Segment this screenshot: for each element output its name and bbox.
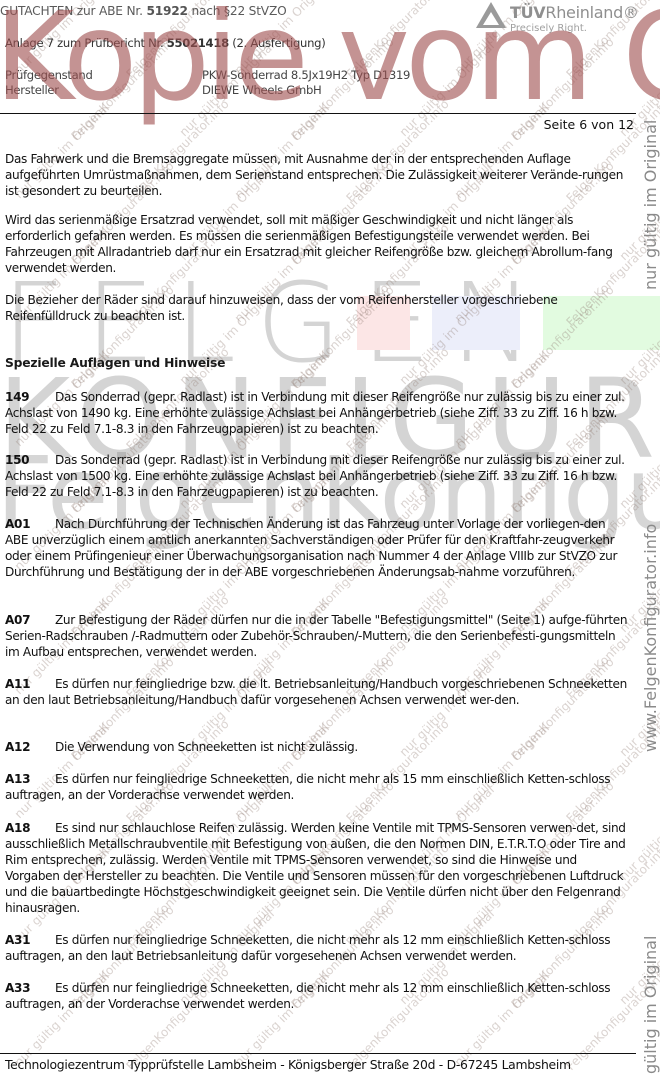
abe-number: 51922 bbox=[146, 4, 187, 18]
condition-text: Es dürfen nur feingliedrige Schneeketten… bbox=[5, 933, 610, 963]
condition-text: Es dürfen nur feingliedrige Schneeketten… bbox=[5, 981, 610, 1011]
condition-item: A11Es dürfen nur feingliedrige bzw. die … bbox=[5, 676, 631, 708]
condition-item: A33Es dürfen nur feingliedrige Schneeket… bbox=[5, 980, 631, 1012]
diagonal-watermark-text: FelgenKonfigurator.info bbox=[68, 35, 176, 143]
condition-code: A33 bbox=[5, 980, 55, 996]
condition-code: A13 bbox=[5, 771, 55, 787]
condition-code: A11 bbox=[5, 676, 55, 692]
vertical-watermark-mid: www.FelgenKonfigurator.info bbox=[641, 524, 660, 752]
footer-address: Technologiezentrum Typprüfstelle Lambshe… bbox=[5, 1057, 571, 1072]
condition-text: Zur Befestigung der Räder dürfen nur die… bbox=[5, 613, 627, 659]
condition-item: A18Es sind nur schlauchlose Reifen zuläs… bbox=[5, 820, 631, 916]
condition-item: A01Nach Durchführung der Technischen Änd… bbox=[5, 516, 631, 580]
anlage-suffix: (2. Ausfertigung) bbox=[229, 36, 326, 50]
condition-item: A13Es dürfen nur feingliedrige Schneeket… bbox=[5, 771, 631, 803]
condition-text: Die Verwendung von Schneeketten ist nich… bbox=[55, 740, 358, 754]
footer-divider bbox=[0, 1053, 636, 1054]
field-value-hersteller: DIEWE Wheels GmbH bbox=[202, 83, 321, 97]
condition-code: 149 bbox=[5, 389, 55, 405]
condition-text: Nach Durchführung der Technischen Änderu… bbox=[5, 517, 617, 579]
anlage-line: Anlage 7 zum Prüfbericht Nr. 55021418 (2… bbox=[5, 36, 325, 50]
page-indicator: Seite 6 von 12 bbox=[544, 117, 634, 132]
condition-item: A31Es dürfen nur feingliedrige Schneeket… bbox=[5, 932, 631, 964]
header-divider bbox=[0, 113, 636, 114]
condition-code: A01 bbox=[5, 516, 55, 532]
condition-text: Es sind nur schlauchlose Reifen zulässig… bbox=[5, 821, 626, 915]
logo-tagline: Precisely Right. bbox=[510, 23, 587, 34]
condition-code: A18 bbox=[5, 820, 55, 836]
condition-item: A12Die Verwendung von Schneeketten ist n… bbox=[5, 739, 631, 755]
gutachten-suffix: nach §22 StVZO bbox=[188, 4, 287, 18]
condition-code: A07 bbox=[5, 612, 55, 628]
paragraph-fahrwerk: Das Fahrwerk und die Bremsaggregate müss… bbox=[5, 151, 631, 199]
diagonal-watermark-text: nur gültig im Original bbox=[396, 39, 496, 139]
field-value-pruefgegenstand: PKW-Sonderrad 8.5Jx19H2 Typ D1319 bbox=[202, 68, 410, 82]
tuv-triangle-inner bbox=[483, 12, 499, 25]
condition-code: 150 bbox=[5, 452, 55, 468]
condition-code: A12 bbox=[5, 739, 55, 755]
condition-item: A07Zur Befestigung der Räder dürfen nur … bbox=[5, 612, 631, 660]
condition-text: Das Sonderrad (gepr. Radlast) ist in Ver… bbox=[5, 390, 625, 436]
gutachten-prefix: GUTACHTEN zur ABE Nr. bbox=[0, 4, 146, 18]
condition-text: Es dürfen nur feingliedrige bzw. die lt.… bbox=[5, 677, 627, 707]
condition-code: A31 bbox=[5, 932, 55, 948]
field-label-pruefgegenstand: Prüfgegenstand bbox=[5, 68, 93, 82]
logo-brand: TÜVRheinland® bbox=[510, 3, 639, 22]
vertical-watermark-top: nur gültig im Original bbox=[641, 120, 660, 290]
condition-item: 150Das Sonderrad (gepr. Radlast) ist in … bbox=[5, 452, 631, 500]
anlage-prefix: Anlage 7 zum Prüfbericht Nr. bbox=[5, 36, 167, 50]
paragraph-reifenfuelldruck: Die Bezieher der Räder sind darauf hinzu… bbox=[5, 292, 631, 324]
report-number: 55021418 bbox=[167, 36, 229, 50]
paragraph-ersatzrad: Wird das serienmäßige Ersatzrad verwende… bbox=[5, 212, 631, 276]
tuv-rheinland-logo: TÜVRheinland® Precisely Right. bbox=[476, 2, 656, 42]
condition-text: Es dürfen nur feingliedrige Schneeketten… bbox=[5, 772, 610, 802]
condition-text: Das Sonderrad (gepr. Radlast) ist in Ver… bbox=[5, 453, 625, 499]
condition-item: 149Das Sonderrad (gepr. Radlast) ist in … bbox=[5, 389, 631, 437]
vertical-watermark-bottom: gültig im Original bbox=[641, 936, 660, 1074]
gutachten-title: GUTACHTEN zur ABE Nr. 51922 nach §22 StV… bbox=[0, 4, 286, 18]
field-label-hersteller: Hersteller bbox=[5, 83, 59, 97]
section-title: Spezielle Auflagen und Hinweise bbox=[5, 356, 225, 370]
